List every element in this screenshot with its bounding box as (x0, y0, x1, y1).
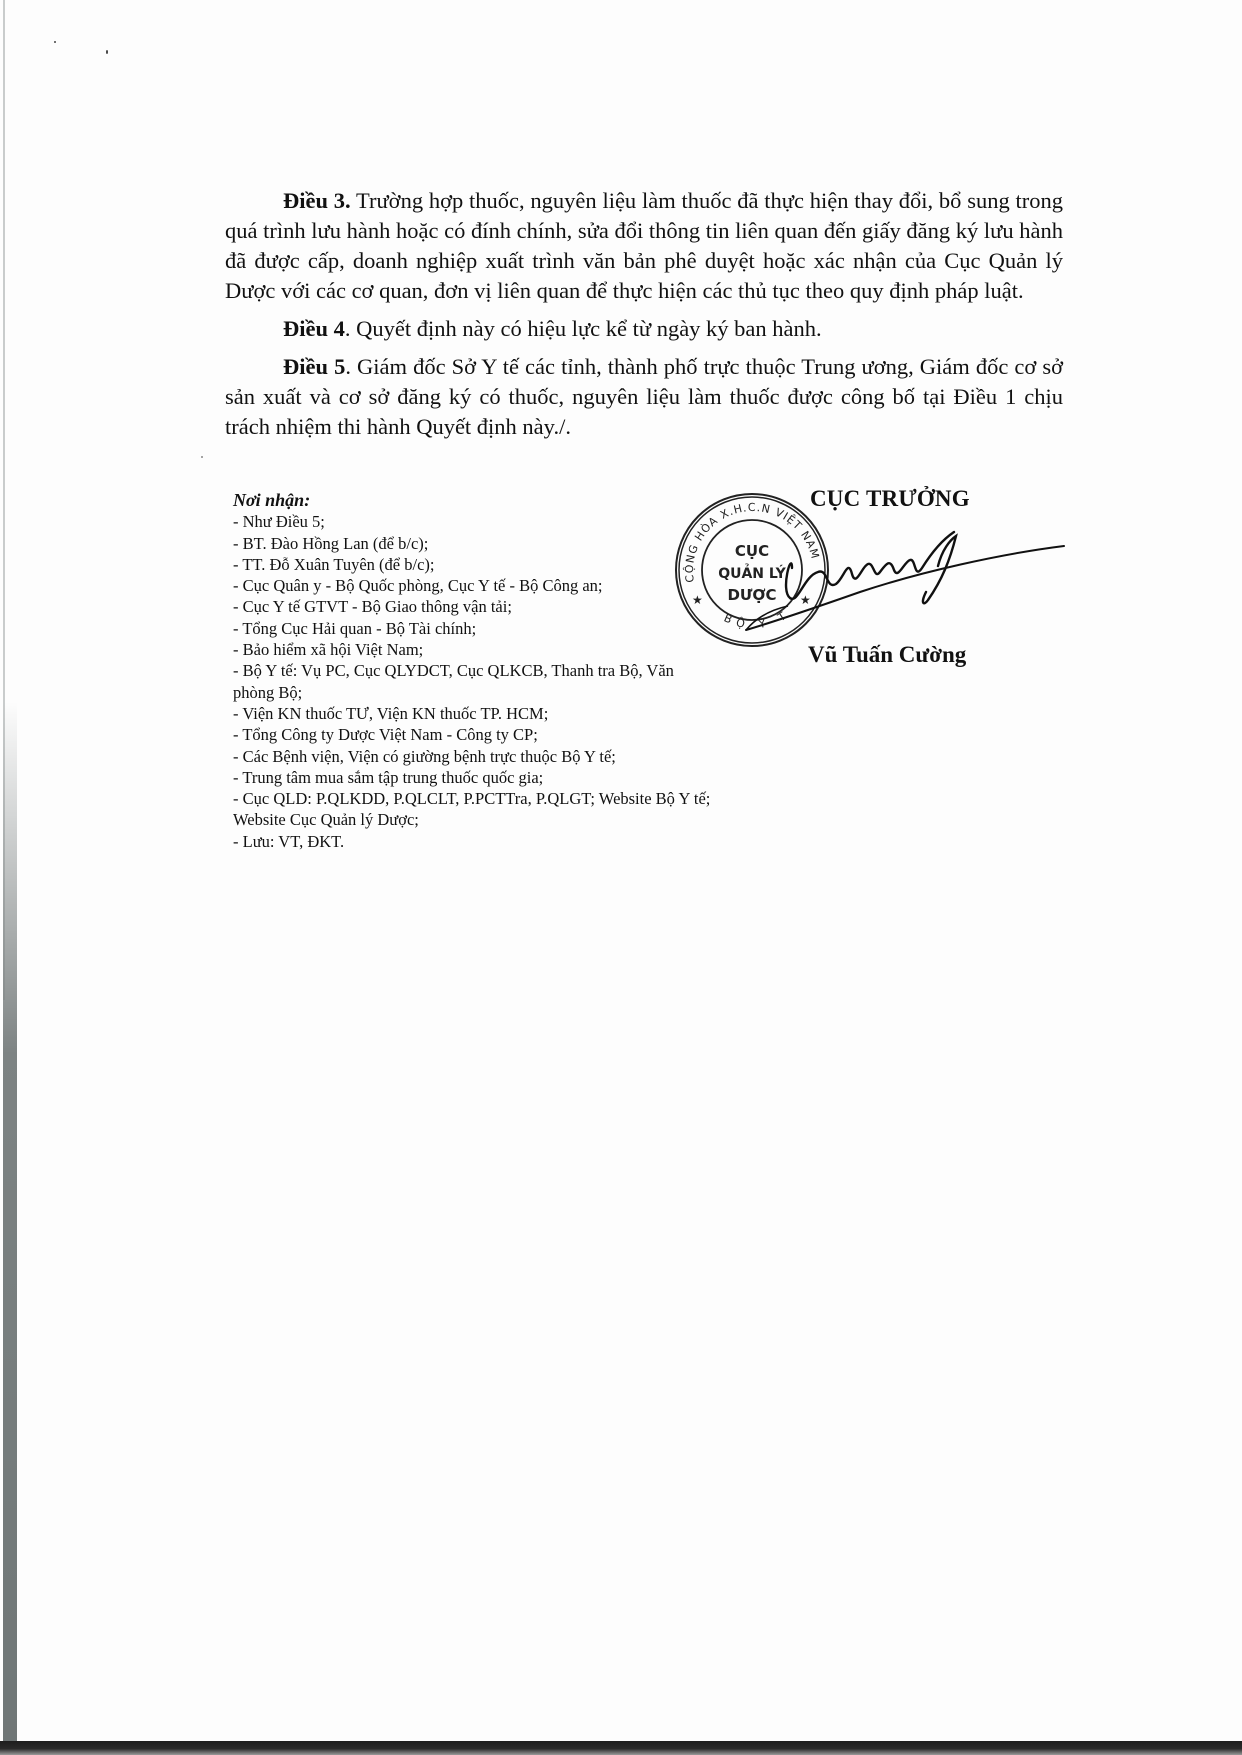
signer-name: Vũ Tuấn Cường (808, 642, 966, 668)
recipient-item: - Viện KN thuốc TƯ, Viện KN thuốc TP. HC… (233, 703, 713, 724)
scan-speck (106, 50, 108, 54)
recipient-item: - Lưu: VT, ĐKT. (233, 831, 713, 852)
article-text: . Giám đốc Sở Y tế các tỉnh, thành phố t… (225, 354, 1063, 439)
article-label: Điều 4 (283, 316, 345, 341)
scan-speck (201, 456, 203, 458)
scan-edge-bottom (0, 1741, 1242, 1755)
recipient-item: - Tổng Cục Hải quan - Bộ Tài chính; (233, 618, 713, 639)
recipients-heading: Nơi nhận: (233, 490, 713, 511)
article-3: Điều 3. Trường hợp thuốc, nguyên liệu là… (225, 186, 1063, 306)
article-4: Điều 4. Quyết định này có hiệu lực kể từ… (225, 314, 1063, 344)
scan-edge-left (3, 0, 17, 1755)
recipient-item: - Cục Quân y - Bộ Quốc phòng, Cục Y tế -… (233, 575, 713, 596)
article-text: Trường hợp thuốc, nguyên liệu làm thuốc … (225, 188, 1063, 303)
signature-block: CỘNG HÒA X.H.C.N VIỆT NAM BỘ Y TẾ ★ ★ CỤ… (680, 480, 1100, 680)
recipient-item: - Tổng Công ty Dược Việt Nam - Công ty C… (233, 724, 713, 745)
recipient-item: - Các Bệnh viện, Viện có giường bệnh trự… (233, 746, 713, 767)
recipients-block: Nơi nhận: - Như Điều 5;- BT. Đào Hồng La… (233, 490, 713, 852)
recipient-item: - Bộ Y tế: Vụ PC, Cục QLYDCT, Cục QLKCB,… (233, 660, 713, 703)
recipient-item: - Cục QLD: P.QLKDD, P.QLCLT, P.PCTTra, P… (233, 788, 713, 831)
recipient-item: - Trung tâm mua sắm tập trung thuốc quốc… (233, 767, 713, 788)
article-label: Điều 3. (283, 188, 351, 213)
recipient-item: - Như Điều 5; (233, 511, 713, 532)
recipients-list: - Như Điều 5;- BT. Đào Hồng Lan (để b/c)… (233, 511, 713, 852)
decision-articles: Điều 3. Trường hợp thuốc, nguyên liệu là… (225, 186, 1063, 450)
article-5: Điều 5. Giám đốc Sở Y tế các tỉnh, thành… (225, 352, 1063, 442)
scan-speck (54, 41, 56, 43)
recipient-item: - TT. Đỗ Xuân Tuyên (để b/c); (233, 554, 713, 575)
article-label: Điều 5 (283, 354, 345, 379)
recipient-item: - Cục Y tế GTVT - Bộ Giao thông vận tải; (233, 596, 713, 617)
recipient-item: - Bảo hiểm xã hội Việt Nam; (233, 639, 713, 660)
recipient-item: - BT. Đào Hồng Lan (để b/c); (233, 533, 713, 554)
article-text: . Quyết định này có hiệu lực kể từ ngày … (345, 316, 822, 341)
